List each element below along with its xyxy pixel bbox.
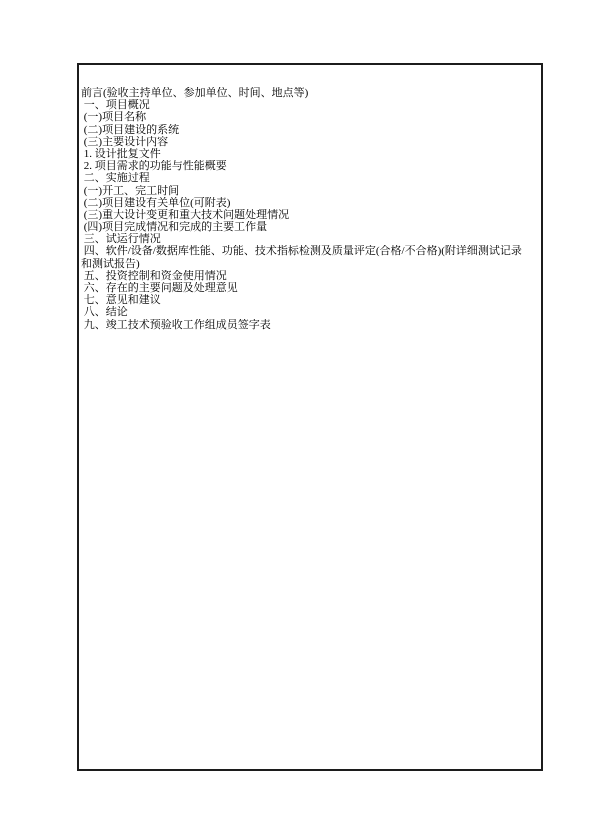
outline-line-section-2-1: (一)开工、完工时间 <box>81 185 540 197</box>
outline-line-section-8: 八、结论 <box>81 306 540 318</box>
outline-line-section-5: 五、投资控制和资金使用情况 <box>81 270 540 282</box>
outline-line-section-4-cont: 和测试报告) <box>81 258 540 270</box>
outline-line-section-6: 六、存在的主要问题及处理意见 <box>81 282 540 294</box>
outline-line-section-2-2: (二)项目建设有关单位(可附表) <box>81 197 540 209</box>
outline-line-preface: 前言(验收主持单位、参加单位、时间、地点等) <box>81 87 540 99</box>
outline-line-section-4: 四、软件/设备/数据库性能、功能、技术指标检测及质量评定(合格/不合格)(附详细… <box>81 245 540 257</box>
outline-line-section-9: 九、竣工技术预验收工作组成员签字表 <box>81 319 540 331</box>
page-border-frame: 前言(验收主持单位、参加单位、时间、地点等) 一、项目概况 (一)项目名称 (二… <box>77 63 543 771</box>
outline-line-item-2: 2. 项目需求的功能与性能概要 <box>81 160 540 172</box>
outline-line-section-2-4: (四)项目完成情况和完成的主要工作量 <box>81 221 540 233</box>
outline-line-section-1-3: (三)主要设计内容 <box>81 136 540 148</box>
outline-line-section-2-3: (三)重大设计变更和重大技术问题处理情况 <box>81 209 540 221</box>
outline-line-section-3: 三、试运行情况 <box>81 233 540 245</box>
outline-line-item-1: 1. 设计批复文件 <box>81 148 540 160</box>
outline-line-section-1-2: (二)项目建设的系统 <box>81 124 540 136</box>
outline-content: 前言(验收主持单位、参加单位、时间、地点等) 一、项目概况 (一)项目名称 (二… <box>79 65 541 769</box>
outline-line-section-1: 一、项目概况 <box>81 99 540 111</box>
outline-line-section-1-1: (一)项目名称 <box>81 111 540 123</box>
outline-line-section-2: 二、实施过程 <box>81 172 540 184</box>
document-page: 前言(验收主持单位、参加单位、时间、地点等) 一、项目概况 (一)项目名称 (二… <box>0 0 590 835</box>
outline-line-section-7: 七、意见和建议 <box>81 294 540 306</box>
